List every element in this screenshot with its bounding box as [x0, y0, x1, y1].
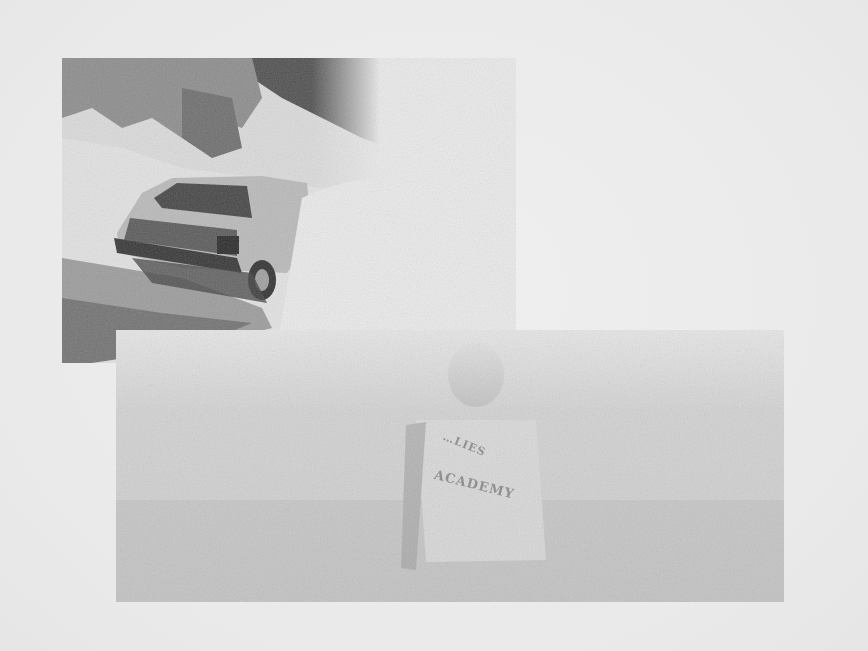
- car-scene-illustration: [62, 58, 516, 363]
- car-drawing-panel: [62, 58, 516, 363]
- field-drawing-panel: …LIES ACADEMY: [116, 330, 784, 602]
- field-figure-illustration: [116, 330, 784, 602]
